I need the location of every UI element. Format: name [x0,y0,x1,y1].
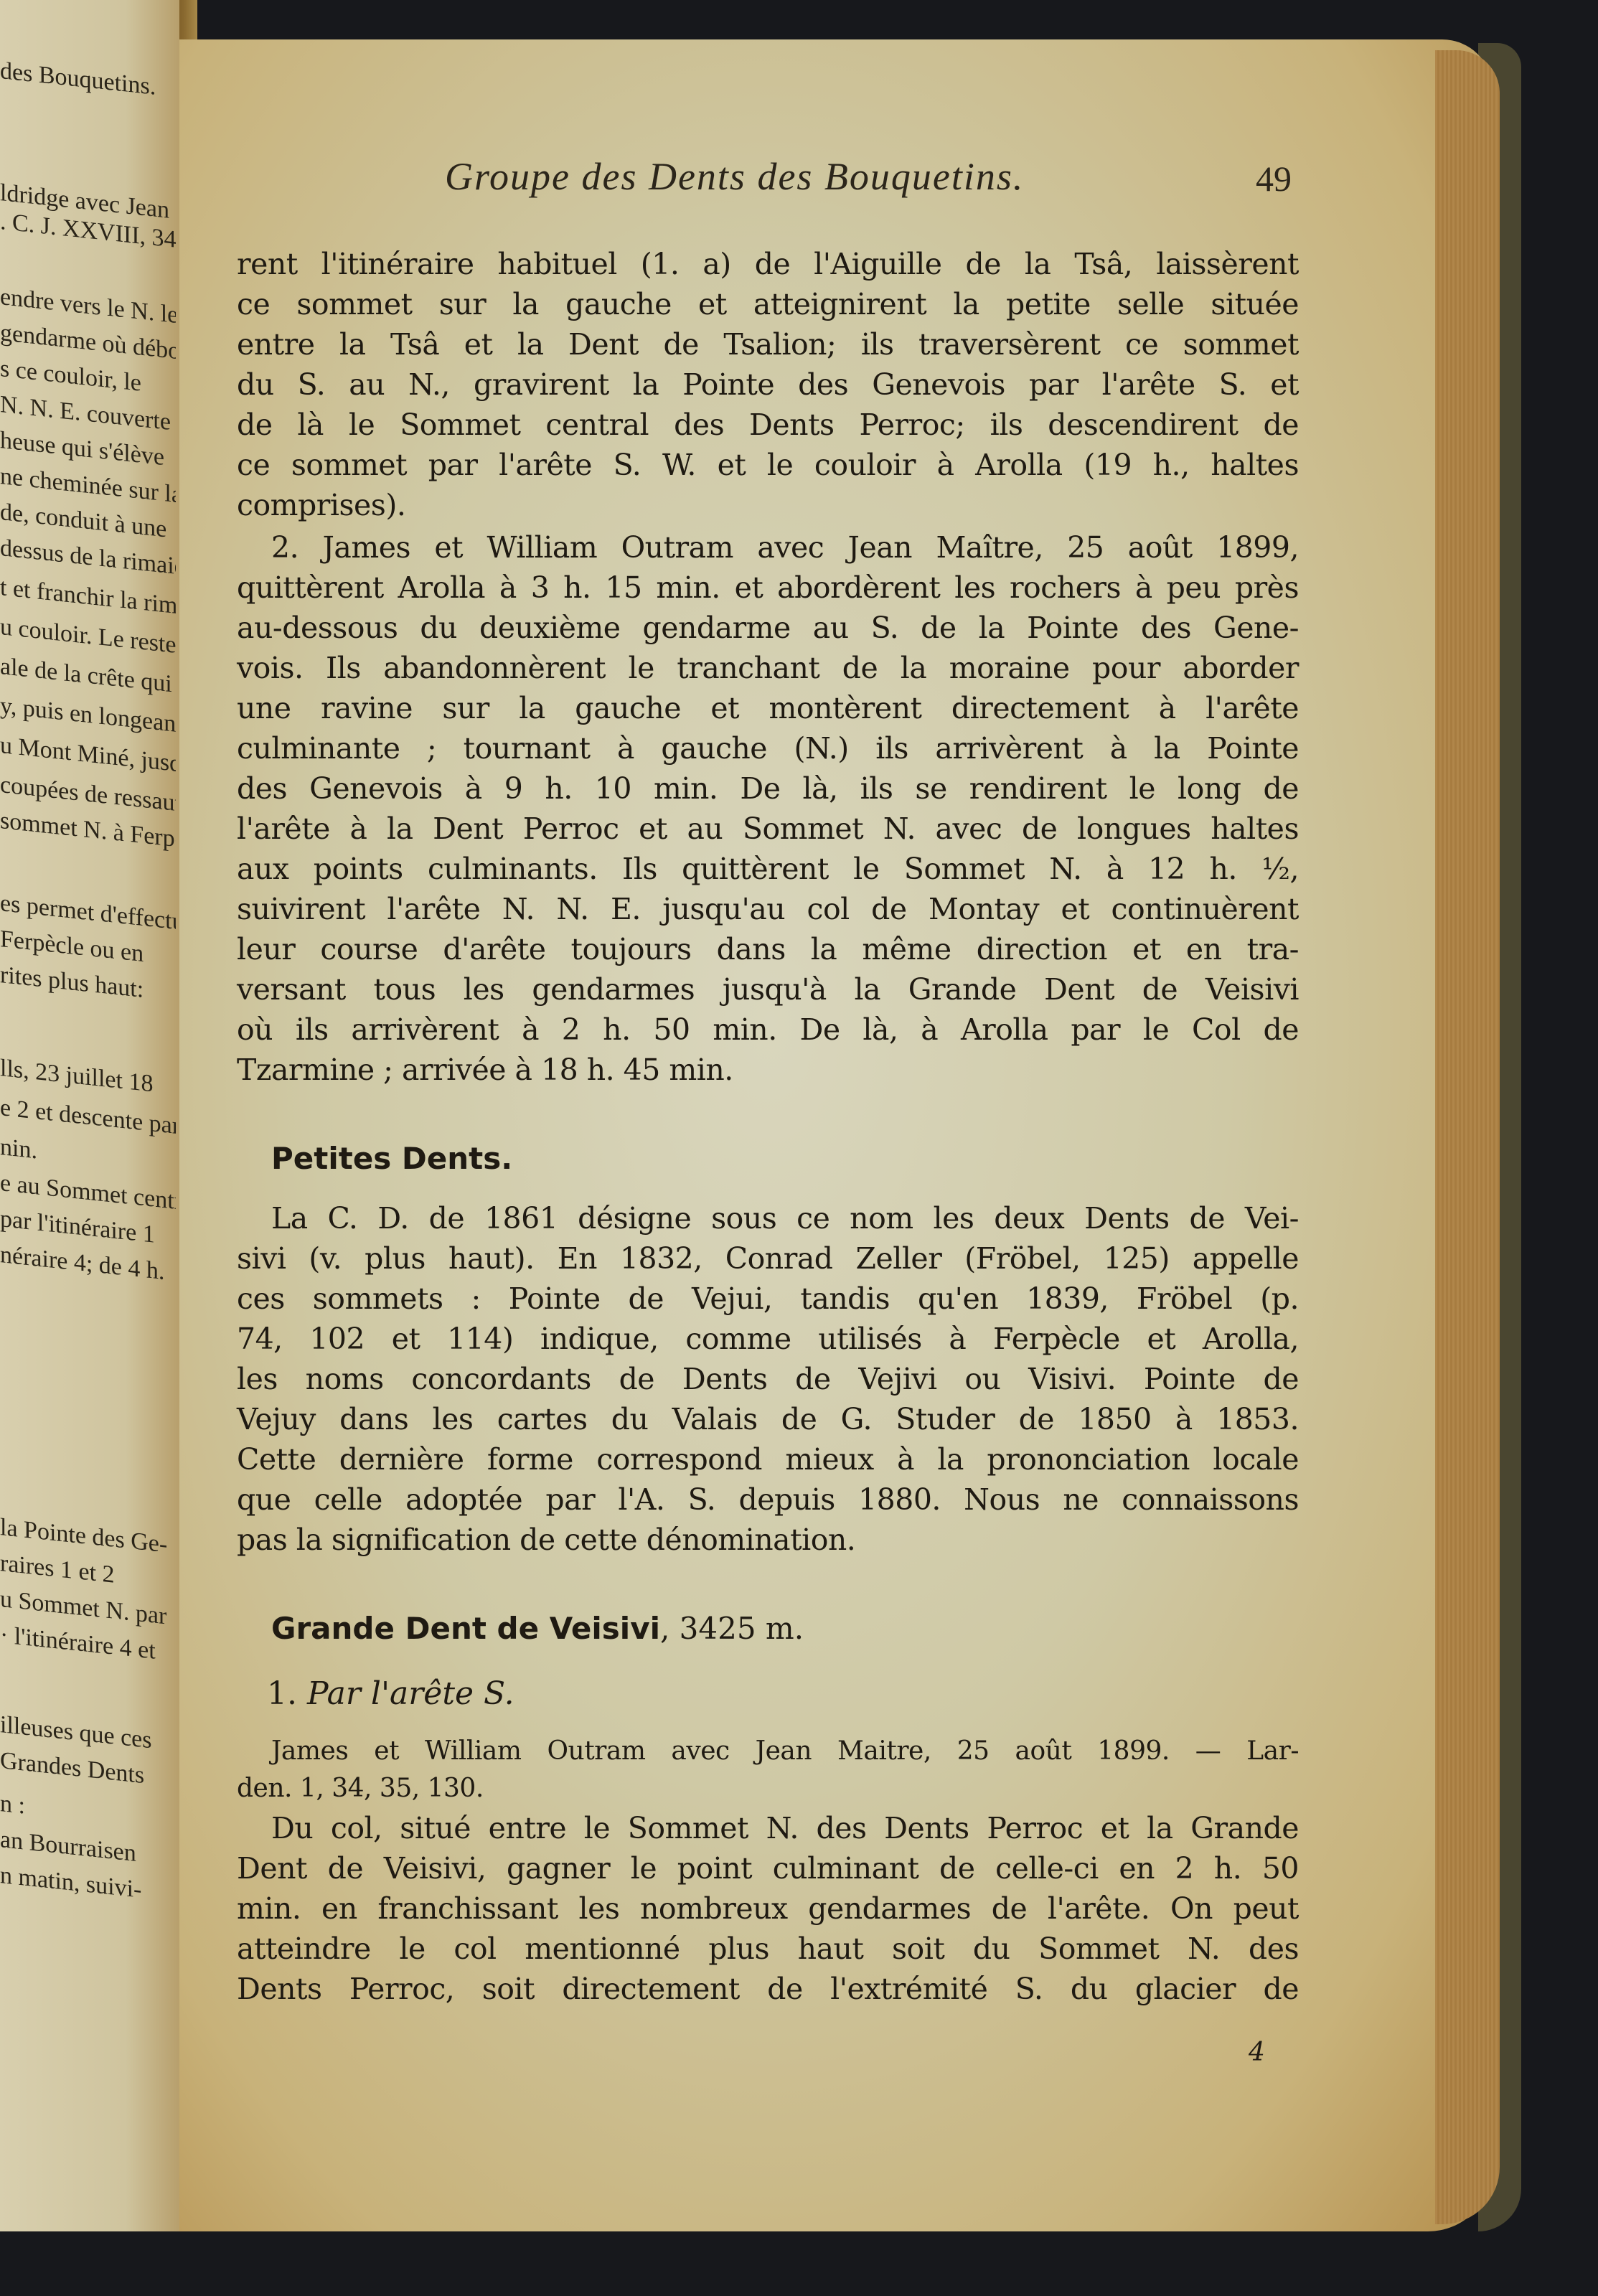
text-line: Tzarmine ; arrivée à 18 h. 45 min. [237,1050,1299,1090]
text-line: où ils arrivèrent à 2 h. 50 min. De là, … [237,1010,1299,1050]
text-line: culminante ; tournant à gauche (N.) ils … [237,728,1299,768]
first-ascent-note: James et William Outram avec Jean Maitre… [237,1733,1299,1807]
text-line: Du col, situé entre le Sommet N. des Den… [237,1808,1299,1848]
text-line: du S. au N., gravirent la Pointe des Gen… [237,364,1299,405]
text-line: den. 1, 34, 35, 130. [237,1770,1299,1807]
page-block-edges [1435,50,1500,2224]
route-number: 1. [267,1675,297,1712]
text-line: min. en franchissant les nombreux gendar… [237,1888,1299,1929]
section-heading-grande-dent: Grande Dent de Veisivi, 3425 m. [271,1611,804,1646]
text-line: vois. Ils abandonnèrent le tranchant de … [237,648,1299,688]
text-line: quittèrent Arolla à 3 h. 15 min. et abor… [237,568,1299,608]
route-heading: 1. Par l'arête S. [267,1675,514,1712]
text-line: des Genevois à 9 h. 10 min. De là, ils s… [237,768,1299,809]
paragraph-continuation: rent l'itinéraire habituel (1. a) de l'A… [237,244,1299,525]
text-line: 2. James et William Outram avec Jean Maî… [237,527,1299,568]
left-page-text-fragment: y, puis en longeant [0,692,176,738]
heading-title: Grande Dent de Veisivi [271,1611,660,1646]
left-page-text-fragment: e 2 et descente par [0,1094,176,1140]
text-line: versant tous les gendarmes jusqu'à la Gr… [237,969,1299,1010]
text-line: Dent de Veisivi, gagner le point culmina… [237,1848,1299,1888]
left-page-text-fragment: des Bouquetins. [0,57,176,103]
text-line: comprises). [237,485,1299,525]
text-line: 74, 102 et 114) indique, comme utilisés … [237,1319,1299,1359]
text-line: rent l'itinéraire habituel (1. a) de l'A… [237,244,1299,284]
section-heading-petites-dents: Petites Dents. [271,1141,512,1176]
text-line: ces sommets : Pointe de Vejui, tandis qu… [237,1279,1299,1319]
running-head: Groupe des Dents des Bouquetins. [445,154,1024,199]
text-line: une ravine sur la gauche et montèrent di… [237,688,1299,728]
paragraph-grande-dent: Du col, situé entre le Sommet N. des Den… [237,1808,1299,2009]
left-page: des Bouquetins.ldridge avec Jean Maître.… [0,0,179,2231]
paragraph-petites-dents: La C. D. de 1861 désigne sous ce nom les… [237,1198,1299,1560]
left-page-text-fragment: u couloir. Le reste [0,613,176,659]
text-line: leur course d'arête toujours dans la mêm… [237,929,1299,969]
page-number: 49 [1256,158,1292,199]
text-line: que celle adoptée par l'A. S. depuis 188… [237,1479,1299,1520]
text-line: Cette dernière forme correspond mieux à … [237,1439,1299,1479]
text-line: pas la signification de cette dénominati… [237,1520,1299,1560]
route-title: Par l'arête S. [307,1675,514,1712]
left-page-text-fragment: ale de la crête qui [0,653,176,699]
left-page-text-fragment: lls, 23 juillet 18 [0,1055,176,1101]
text-line: entre la Tsâ et la Dent de Tsalion; ils … [237,324,1299,364]
text-line: La C. D. de 1861 désigne sous ce nom les… [237,1198,1299,1238]
left-page-text-fragment: u Mont Miné, jusqu' [0,732,176,778]
text-line: l'arête à la Dent Perroc et au Sommet N.… [237,809,1299,849]
text-line: au-dessous du deuxième gendarme au S. de… [237,608,1299,648]
text-line: aux points culminants. Ils quittèrent le… [237,849,1299,889]
text-line: suivirent l'arête N. N. E. jusqu'au col … [237,889,1299,929]
signature-mark: 4 [1249,2038,1265,2067]
text-line: sivi (v. plus haut). En 1832, Conrad Zel… [237,1238,1299,1279]
text-line: atteindre le col mentionné plus haut soi… [237,1929,1299,1969]
left-page-text-fragment: t et franchir la rimaie [0,574,176,620]
text-line: les noms concordants de Dents de Vejivi … [237,1359,1299,1399]
paragraph-route-2: 2. James et William Outram avec Jean Maî… [237,527,1299,1090]
text-line: ce sommet sur la gauche et atteignirent … [237,284,1299,324]
text-line: Vejuy dans les cartes du Valais de G. St… [237,1399,1299,1439]
heading-altitude: , 3425 m. [660,1611,804,1646]
text-line: de là le Sommet central des Dents Perroc… [237,405,1299,445]
text-line: James et William Outram avec Jean Maitre… [237,1733,1299,1770]
text-line: ce sommet par l'arête S. W. et le couloi… [237,445,1299,485]
text-line: Dents Perroc, soit directement de l'extr… [237,1969,1299,2009]
